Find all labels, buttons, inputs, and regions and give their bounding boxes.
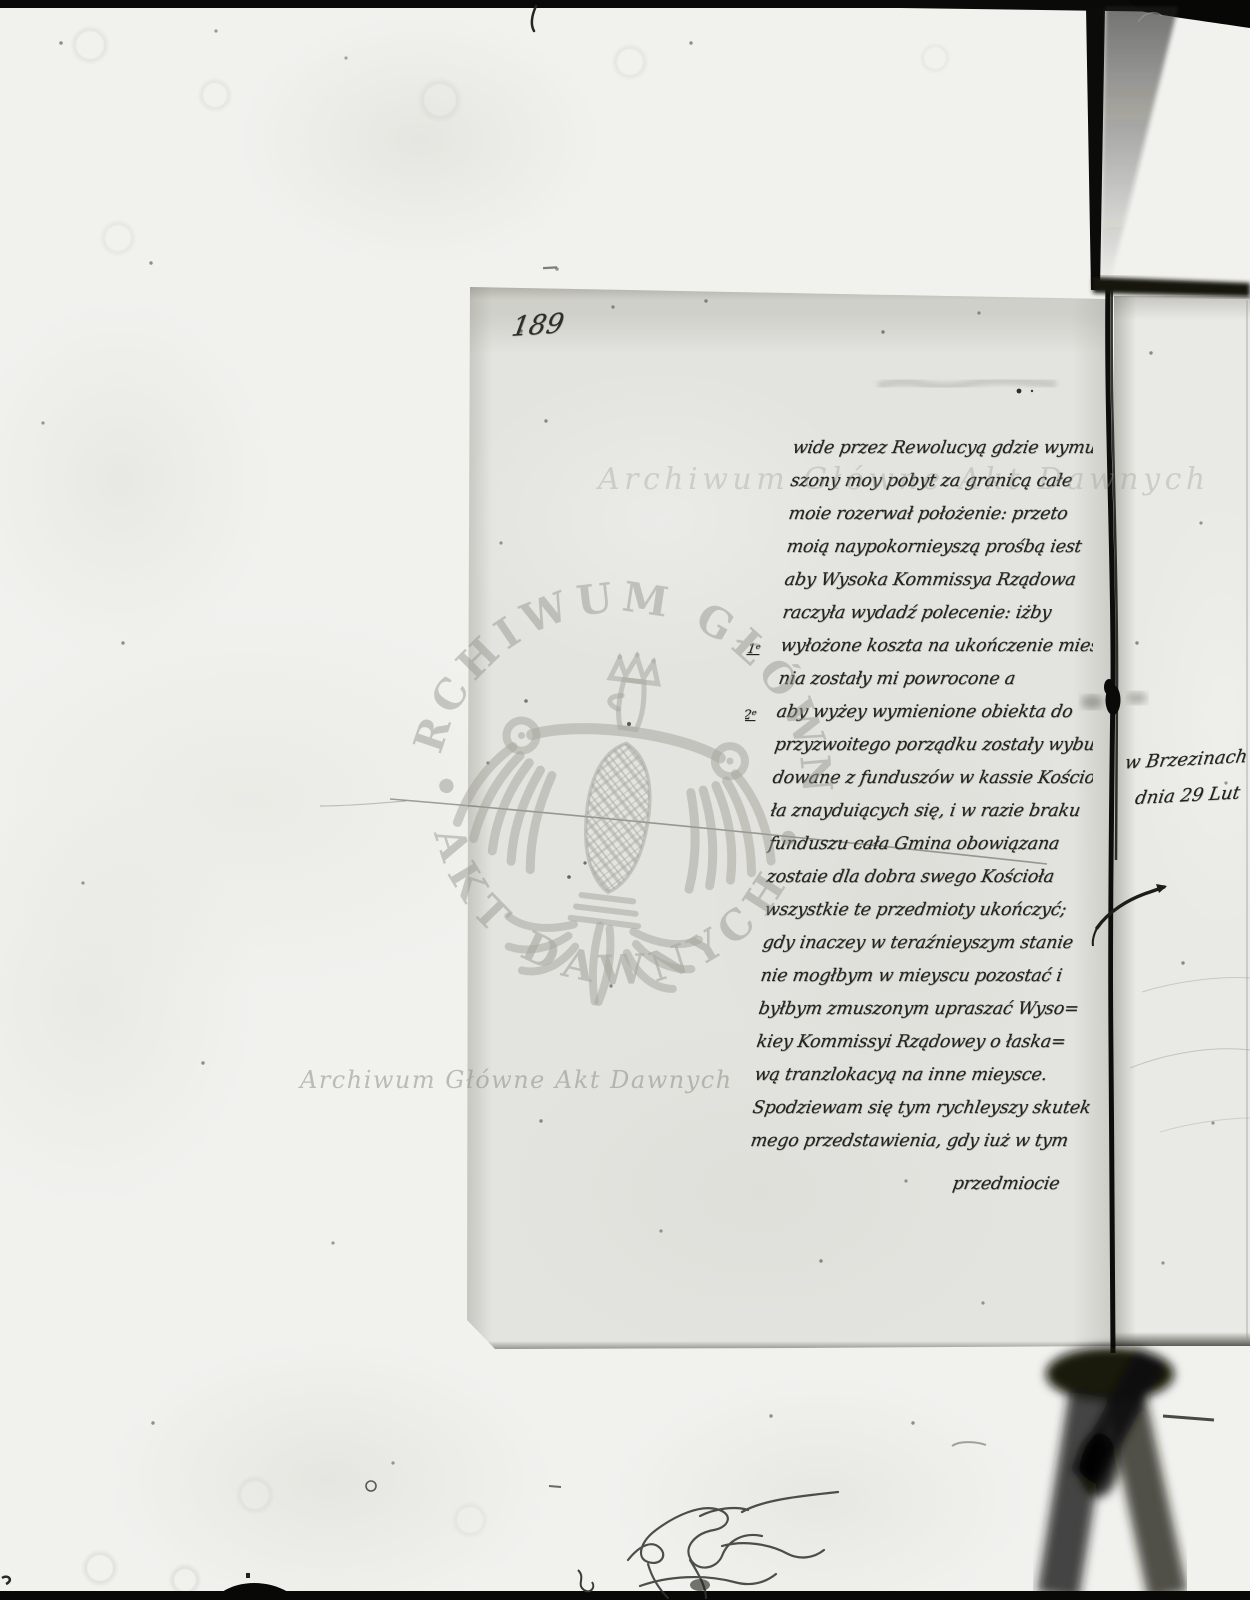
pen-scribble (628, 1492, 838, 1598)
archival-scan: wide przez Rewolucyą gdzie wymu=szony mo… (0, 0, 1250, 1600)
film-artifacts (0, 0, 1250, 1600)
